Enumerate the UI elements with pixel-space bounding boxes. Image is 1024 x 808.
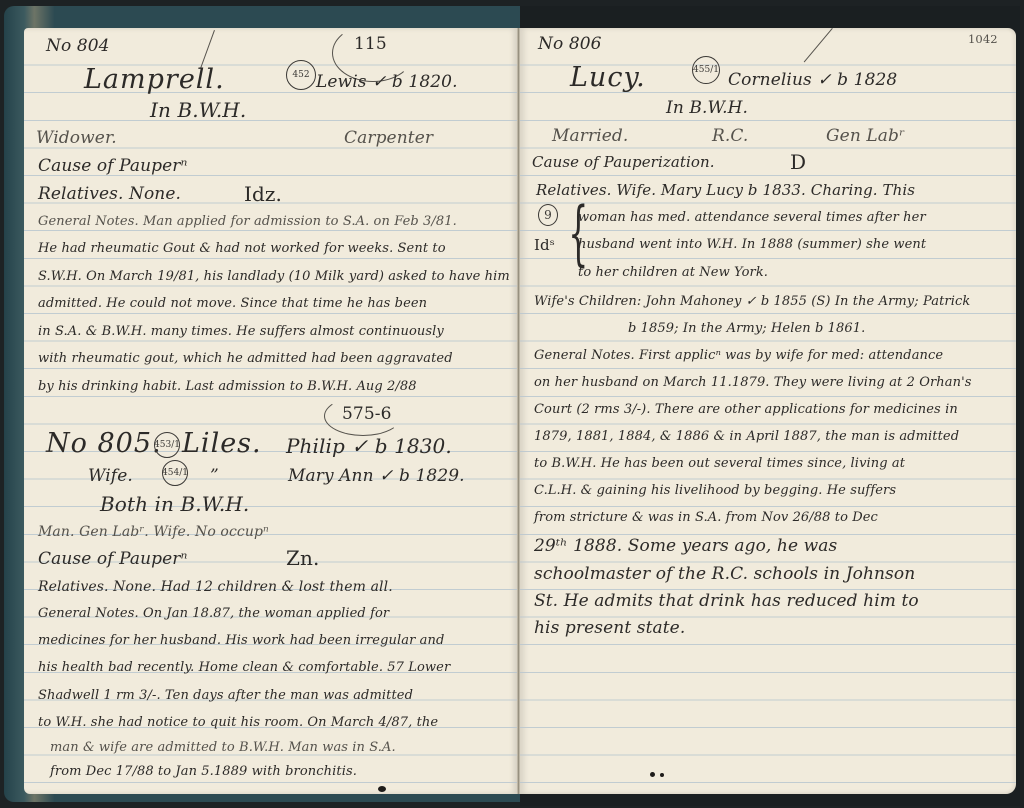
classification-code: Zn. <box>286 546 319 570</box>
location: In B.W.H. <box>150 98 246 122</box>
surname: Liles. <box>182 428 262 459</box>
occupation: Gen Labʳ <box>826 126 905 146</box>
case-circle-husband: 453/1 <box>154 432 180 458</box>
bracket-code: Idˢ <box>534 236 555 254</box>
page-number: 1042 <box>968 32 998 46</box>
entry-number: No 805. <box>46 428 162 459</box>
forename: Cornelius ✓ b 1828 <box>728 70 897 90</box>
wife-label: Wife. <box>88 466 133 486</box>
wifes-children-line: Wife's Children: John Mahoney ✓ b 1855 (… <box>534 294 970 309</box>
left-page: No 804 115 Lamprell. 452 Lewis ✓ b 1820.… <box>24 28 518 794</box>
case-circle: 452 <box>286 60 316 90</box>
cause-label: Cause of Pauperⁿ <box>38 156 188 176</box>
bracket-line: husband went into W.H. In 1888 (summer) … <box>578 237 926 252</box>
right-page: 1042 No 806 Lucy. 455/1 Cornelius ✓ b 18… <box>520 28 1016 794</box>
marital-status: Married. <box>552 126 628 146</box>
occupations: Man. Gen Labʳ. Wife. No occupⁿ <box>38 524 269 540</box>
curly-brace: { <box>568 198 588 268</box>
forename: Lewis ✓ b 1820. <box>316 72 458 92</box>
note-line: General Notes. On Jan 18.87, the woman a… <box>38 606 389 621</box>
case-circle-wife: 454/1 <box>162 460 188 486</box>
ink-dot <box>650 772 655 777</box>
note-line: to W.H. she had notice to quit his room.… <box>38 715 438 730</box>
cause-label: Cause of Pauperⁿ <box>38 549 188 569</box>
surname: Lamprell. <box>84 64 225 95</box>
marital-status: Widower. <box>36 128 117 148</box>
note-line: 29ᵗʰ 1888. Some years ago, he was <box>534 536 837 556</box>
note-line: C.L.H. & gaining his livelihood by beggi… <box>534 483 896 498</box>
bracket-circle: 9 <box>538 204 558 226</box>
note-line: man & wife are admitted to B.W.H. Man wa… <box>50 740 396 755</box>
note-line: General Notes. First applicⁿ was by wife… <box>534 348 943 363</box>
occupation: Carpenter <box>344 128 433 148</box>
bracket-line: to her children at New York. <box>578 265 768 280</box>
classification-code: Idz. <box>244 182 282 206</box>
note-line: 1879, 1881, 1884, & 1886 & in April 1887… <box>534 429 959 444</box>
entry-number: No 806 <box>538 34 602 54</box>
note-line: medicines for her husband. His work had … <box>38 633 444 648</box>
note-line: with rheumatic gout, which he admitted h… <box>38 351 453 366</box>
note-line: General Notes. Man applied for admission… <box>38 214 457 229</box>
ink-dot <box>660 773 664 777</box>
surname: Lucy. <box>570 62 646 93</box>
relatives: Relatives. None. <box>38 184 181 204</box>
location: In B.W.H. <box>666 98 748 118</box>
bracket-line: woman has med. attendance several times … <box>578 210 926 225</box>
margin-number: 115 <box>354 34 387 54</box>
note-line: S.W.H. On March 19/81, his landlady (10 … <box>38 269 510 284</box>
wife-name: Mary Ann ✓ b 1829. <box>288 466 465 486</box>
note-line: Shadwell 1 rm 3/-. Ten days after the ma… <box>38 688 413 703</box>
note-line: on her husband on March 11.1879. They we… <box>534 375 972 390</box>
relatives: Relatives. Wife. Mary Lucy b 1833. Chari… <box>536 181 915 199</box>
relatives: Relatives. None. Had 12 children & lost … <box>38 579 393 595</box>
ditto-mark: ” <box>210 466 219 486</box>
note-line: by his drinking habit. Last admission to… <box>38 379 417 394</box>
classification-code: D <box>790 150 806 174</box>
location: Both in B.W.H. <box>100 492 249 516</box>
note-line: his present state. <box>534 618 685 638</box>
note-line: St. He admits that drink has reduced him… <box>534 591 919 611</box>
note-line: Court (2 rms 3/-). There are other appli… <box>534 402 958 417</box>
case-circle: 455/1 <box>692 56 720 84</box>
religion: R.C. <box>712 126 748 146</box>
note-line: in S.A. & B.W.H. many times. He suffers … <box>38 324 444 339</box>
forename: Philip ✓ b 1830. <box>286 434 452 458</box>
note-line: from Dec 17/88 to Jan 5.1889 with bronch… <box>50 764 357 779</box>
margin-number: 575-6 <box>342 404 392 424</box>
note-line: his health bad recently. Home clean & co… <box>38 660 450 675</box>
entry-number: No 804 <box>46 36 110 56</box>
wifes-children-line: b 1859; In the Army; Helen b 1861. <box>628 321 865 336</box>
note-line: schoolmaster of the R.C. schools in John… <box>534 564 915 584</box>
note-line: from stricture & was in S.A. from Nov 26… <box>534 510 878 525</box>
note-line: admitted. He could not move. Since that … <box>38 296 427 311</box>
ink-blot <box>378 786 386 792</box>
note-line: He had rheumatic Gout & had not worked f… <box>38 241 446 256</box>
cause-label: Cause of Pauperization. <box>532 153 715 171</box>
note-line: to B.W.H. He has been out several times … <box>534 456 905 471</box>
